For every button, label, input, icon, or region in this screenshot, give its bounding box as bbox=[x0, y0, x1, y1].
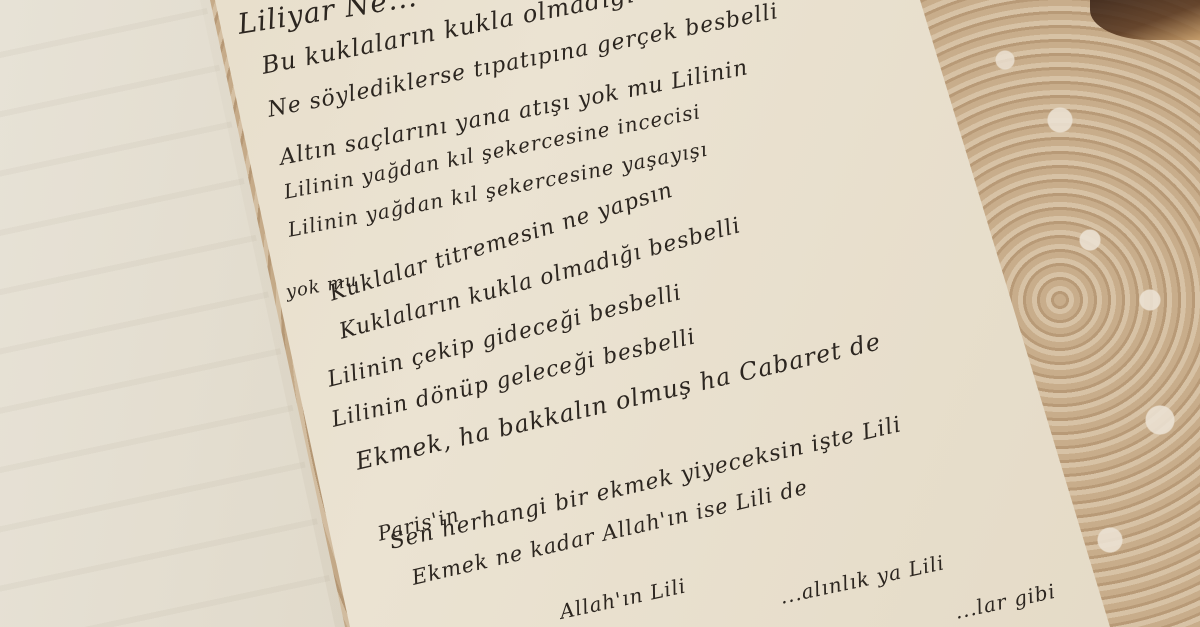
poem-line: ...alınlık ya Lili bbox=[778, 550, 947, 608]
poem-line: Allah'ın Lili bbox=[558, 574, 689, 624]
poem-line: ...lar gibi bbox=[953, 579, 1058, 624]
handwritten-poem: Liliyar Ne... Bu kuklaların kukla olmadı… bbox=[0, 0, 1200, 627]
